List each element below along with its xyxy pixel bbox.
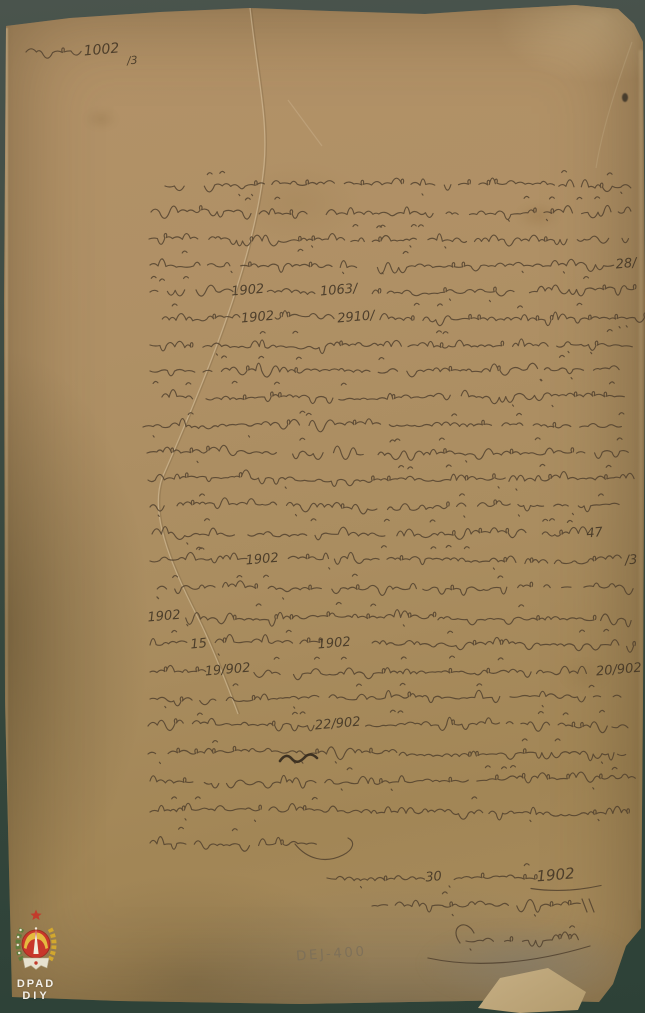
inline-numeral: 22/902 (314, 715, 361, 734)
watermark-text-dpad: DPAD (10, 978, 62, 990)
script-line-23 (148, 739, 626, 764)
manuscript-text-block: 1002/328/19021063/19022910/471902/319021… (0, 0, 645, 1013)
script-line-10 (153, 381, 624, 406)
script-line-14 (150, 494, 619, 517)
dpad-emblem-icon (13, 908, 59, 978)
script-line-20: 19/90220/902 (150, 656, 642, 680)
ink-heavy-word (280, 755, 317, 762)
watermark-text-diy: DIY (10, 990, 62, 1002)
script-line-5: 28/ (150, 249, 639, 274)
inline-numeral: 1902 (536, 864, 576, 885)
script-line-26 (150, 827, 353, 859)
inline-numeral: /3 (623, 552, 638, 568)
script-line-17 (157, 574, 633, 599)
script-line-3 (151, 196, 631, 221)
inline-numeral: 2910/ (337, 308, 377, 326)
signature-line (428, 925, 590, 963)
script-line-11 (143, 411, 624, 437)
script-line-13 (148, 464, 634, 490)
script-line-6: 19021063/ (150, 276, 636, 301)
catalog-annotation: 1002/3 (26, 40, 138, 67)
closing-line (372, 892, 594, 916)
script-line-19: 151902 (150, 629, 635, 655)
inline-numeral: 30 (425, 869, 443, 885)
inline-numeral: 15 (190, 636, 208, 652)
inline-numeral: 28/ (615, 256, 639, 273)
script-line-25 (150, 797, 629, 822)
script-line-16: 1902/3 (150, 545, 638, 569)
script-line-12 (147, 438, 628, 463)
script-line-21 (150, 683, 621, 708)
inline-numeral: 1063/ (319, 281, 359, 299)
inline-numeral: 47 (586, 525, 605, 541)
script-line-4 (149, 225, 629, 248)
inline-numeral: 1902 (231, 282, 265, 300)
script-line-24 (150, 766, 635, 791)
scan-background: 1002/328/19021063/19022910/471902/319021… (0, 0, 645, 1013)
script-line-7: 19022910/ (162, 303, 645, 328)
script-line-2 (165, 171, 631, 196)
script-line-22: 22/902 (148, 710, 628, 733)
dpad-diy-watermark: DPAD DIY (10, 908, 62, 1002)
script-line-18: 1902 (147, 602, 631, 626)
date-line: 301902 (327, 864, 601, 891)
inline-numeral: 19/902 (204, 661, 251, 680)
inline-numeral: /3 (125, 54, 138, 68)
inline-numeral: 1902 (240, 309, 274, 327)
inline-numeral: 20/902 (595, 661, 642, 680)
script-line-9 (150, 355, 619, 380)
inline-numeral: 1902 (245, 551, 279, 569)
script-line-15: 47 (152, 519, 604, 544)
inline-numeral: 1902 (317, 635, 351, 653)
manuscript-page: 1002/328/19021063/19022910/471902/319021… (0, 0, 645, 1013)
inline-numeral: 1002 (83, 40, 120, 59)
inline-numeral: 1902 (147, 608, 181, 626)
script-line-8 (150, 330, 632, 356)
